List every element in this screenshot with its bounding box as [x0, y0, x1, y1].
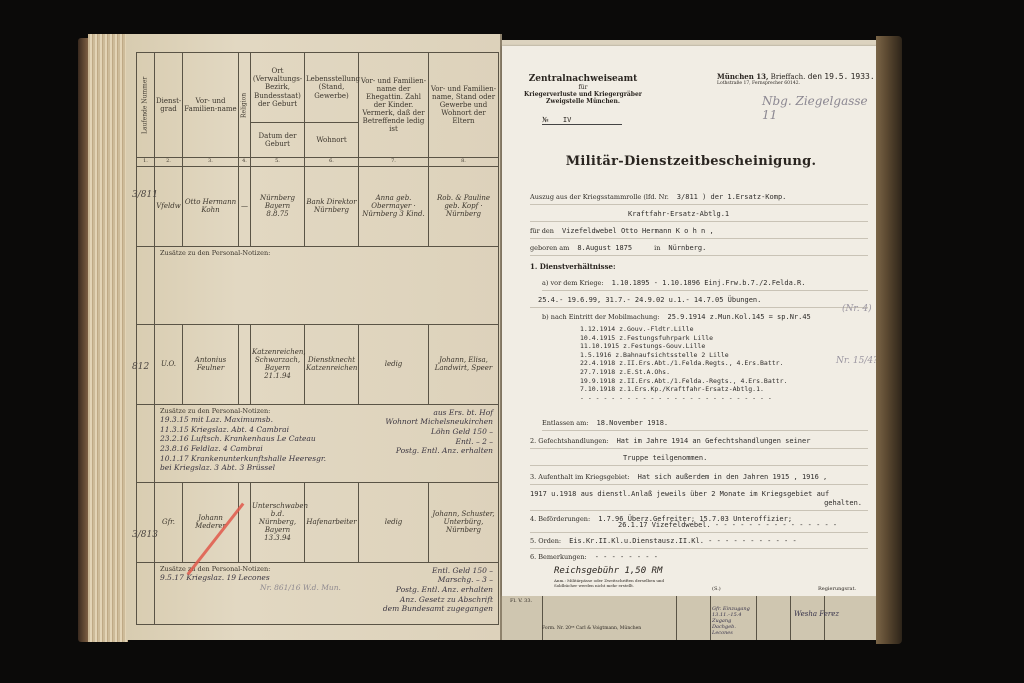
col-header-birthplace: Ort (Verwaltungs-Bezirk, Bundesstaat) de…	[251, 53, 305, 123]
handwritten-signature: Wesha Ferez	[794, 610, 839, 618]
issuing-office: Zentralnachweiseamt für Kriegerverluste …	[518, 74, 648, 105]
notes-label: Zusätze zu den Personal-Notizen:	[160, 250, 493, 257]
office-line: Kriegerverluste und Kriegergräber	[518, 91, 648, 98]
register-book: Laufende Nummer Dienst-grad Vor- und Fam…	[78, 34, 908, 648]
posting-line: 22.4.1918 z.II.Ers.Abt./1.Feldа.Regts., …	[580, 359, 787, 368]
entry-spouse: ledig	[359, 324, 429, 404]
entry-name: Antonius Feulner	[183, 324, 239, 404]
note-line: 23.2.16 Luftsch. Krankenhaus Le Cateau	[160, 435, 326, 444]
birth-date: 8.August 1875	[577, 244, 632, 252]
date-prefix: den	[808, 72, 822, 81]
certificate-title: Militär-Dienstzeitbescheinigung.	[502, 154, 880, 169]
note-line: Postg. Entl. Anz. erhalten	[385, 447, 493, 456]
book-cover-right	[876, 36, 902, 644]
field-value: Hat sich außerdem in den Jahren 1915 , 1…	[638, 473, 828, 481]
field-label: 2. Gefechtshandlungen:	[530, 437, 609, 445]
note-line: Marschg. – 3 –	[383, 576, 493, 585]
entry-rank: Gfr.	[155, 482, 183, 562]
notes-label: Zusätze zu den Personal-Notizen:	[160, 408, 326, 415]
number-label: №	[542, 116, 549, 124]
entry-birth-date: 8.8.75	[252, 210, 303, 218]
note-line: Entl. Geld 150 –	[383, 567, 493, 576]
entry-parents: Johann, Schuster, Unterbürg, Nürnberg	[429, 482, 499, 562]
field-value: Kraftfahr-Ersatz-Abtlg.1	[628, 210, 729, 218]
col-num: 3.	[183, 158, 239, 167]
seal-mark: (S.)	[712, 586, 721, 592]
entry-residence: Katzenreichen	[306, 364, 357, 372]
column-line	[756, 596, 757, 640]
field-label: für den	[530, 227, 554, 235]
entry-notes: Zusätze zu den Personal-Notizen: 19.3.15…	[155, 404, 499, 482]
field-value: 3/811 ) der 1.Ersatz-Komp.	[677, 193, 787, 201]
entry-parents: Johann, Elisa, Landwirt, Speer	[429, 324, 499, 404]
field-value: Eis.Kr.II.Kl.u.Dienstausz.II.Kl. - - - -…	[569, 537, 797, 545]
note-line: bei Kriegslaz. 3 Abt. 3 Brüssel	[160, 464, 326, 473]
field-label: in	[654, 244, 660, 252]
entry-religion: —	[239, 166, 251, 246]
entry-religion	[239, 482, 251, 562]
left-page-register: Laufende Nummer Dienst-grad Vor- und Fam…	[126, 34, 502, 640]
fee: Reichsgebühr 1,50 RM	[554, 566, 662, 576]
combat-row-2: Truppe teilgenommen.	[530, 451, 868, 466]
printer-imprint: Form. Nr. 20ᵃᵃ Carl & Voigtmann, München	[542, 626, 641, 631]
field-label: a) vor dem Kriege:	[542, 279, 604, 287]
entry-notes: Zusätze zu den Personal-Notizen:	[155, 246, 499, 324]
register-entry: Gfr. Johann Mederer Unterschwaben b.d. N…	[137, 482, 499, 562]
register-entry: Vfeldw Otto Hermann Kohn — Nürnberg Baye…	[137, 166, 499, 246]
note-line: Postg. Entl. Anz. erhalten	[383, 586, 493, 595]
place-date: München 13, Brieffach. den 19.5. 1933. L…	[717, 72, 875, 86]
before-war-row: a) vor dem Kriege:1.10.1895 - 1.10.1896 …	[542, 276, 868, 291]
war-zone-row: 3. Aufenthalt im Kriegsgebiet:Hat sich a…	[530, 470, 868, 485]
column-line	[824, 596, 825, 640]
note-line: 9.5.17 Kriegslaz. 19 Lecones	[160, 574, 341, 583]
field-value: Vizefeldwebel Otto Hermann K o h n ,	[562, 227, 714, 235]
field-label: 3. Aufenthalt im Kriegsgebiet:	[530, 473, 630, 481]
promotions-row-2: 26.1.17 Vizefeldwebel. - - - - - - - - -…	[530, 518, 868, 533]
field-label: 6. Bemerkungen:	[530, 553, 587, 561]
col-num: 1.	[137, 158, 155, 167]
column-line	[542, 596, 543, 640]
col-header-birthdate: Datum der Geburt	[251, 123, 305, 158]
note-line: Löhn Geld 150 –	[385, 428, 493, 437]
note-line: Wohnort Michelsneukirchen	[385, 418, 493, 427]
field-label: Entlassen am:	[542, 419, 589, 427]
column-line	[676, 596, 677, 640]
margin-number: 3/811	[132, 190, 158, 200]
field-label: 5. Orden:	[530, 537, 561, 545]
field-value: 25.4.- 19.6.99, 31.7.- 24.9.02 u.1.- 14.…	[538, 296, 761, 304]
entry-spouse: ledig	[359, 482, 429, 562]
col-num: 6.	[305, 158, 359, 167]
entry-religion	[239, 324, 251, 404]
register-entry: U.O. Antonius Feulner Katzenreichen, Sch…	[137, 324, 499, 404]
margin-number: 3/813	[132, 530, 158, 540]
office-name: Zentralnachweiseamt	[518, 74, 648, 84]
field-value: 26.1.17 Vizefeldwebel. - - - - - - - - -…	[618, 521, 837, 529]
col-header-parents: Vor- und Familien-name, Stand oder Gewer…	[429, 53, 499, 158]
posting-line: 10.4.1915 z.Festungsfuhrpark Lille	[580, 334, 787, 343]
posting-line: 7.10.1918 z.1.Ers.Kp./Kraftfahr-Ersatz-A…	[580, 385, 787, 394]
extract-row-2: Kraftfahr-Ersatz-Abtlg.1	[530, 207, 868, 222]
col-num: 2.	[155, 158, 183, 167]
posting-line: 1.5.1916 z.Bahnaufsichtsstelle 2 Lille	[580, 351, 787, 360]
city: München 13,	[717, 72, 768, 81]
war-zone-row-3: gehalten.	[530, 496, 868, 511]
note-line: Entl. – 2 –	[385, 438, 493, 447]
remarks-row: 6. Bemerkungen:- - - - - - - -	[530, 550, 868, 565]
posting-line: - - - - - - - - - - - - - - - - - - - - …	[580, 394, 787, 403]
entry-birth: Nürnberg Bayern8.8.75	[251, 166, 305, 246]
entry-birth-place: Katzenreichen, Schwarzach, Bayern	[252, 348, 303, 372]
register-table: Laufende Nummer Dienst-grad Vor- und Fam…	[136, 52, 498, 625]
fee-note: Anm.: Militärpässe oder Zweitschriften d…	[554, 578, 674, 588]
issue-year: 1933.	[851, 72, 875, 81]
entry-rank: U.O.	[155, 324, 183, 404]
entry-birth-date: 13.3.94	[252, 534, 303, 542]
note-line: 23.8.16 Feldlaz. 4 Cambrai	[160, 445, 326, 454]
service-certificate: Zentralnachweiseamt für Kriegerverluste …	[502, 46, 880, 596]
note-line: 10.1.17 Krankenunterkunftshalle Heeresgr…	[160, 455, 326, 464]
page-edges	[88, 34, 128, 642]
entry-occupation-text: Dienstknecht	[306, 356, 357, 364]
pencil-side-note: Nr. 15/4?	[836, 356, 878, 366]
entry-birth-place: Unterschwaben b.d. Nürnberg, Bayern	[252, 502, 303, 534]
entry-spouse: Anna geb. Obermayer · Nürnberg 3 Kind.	[359, 166, 429, 246]
office-line: für	[518, 84, 648, 91]
margin-number: 812	[132, 362, 149, 372]
col-header-name: Vor- und Familien-name	[183, 53, 239, 158]
combat-row: 2. Gefechtshandlungen:Hat im Jahre 1914 …	[530, 434, 868, 449]
posting-line: 11.10.1915 z.Festungs-Gouv.Lille	[580, 342, 787, 351]
entry-parents: Rob. & Pauline geb. Kopf · Nürnberg	[429, 166, 499, 246]
discharged-row: Entlassen am:18.November 1918.	[542, 416, 868, 431]
form-number: Fl. V. 33.	[510, 598, 532, 604]
posting-line: 27.7.1918 z.E.St.A.Ohs.	[580, 368, 787, 377]
field-label: geboren am	[530, 244, 569, 252]
col-header-spouse: Vor- und Familien-name der Ehegattin. Za…	[359, 53, 429, 158]
col-header-occupation: Lebensstellung (Stand, Gewerbe)	[305, 53, 359, 123]
office-address: Lothstraße 17, Fernsprecher 60142.	[717, 81, 875, 86]
entry-rank: Vfeldw	[155, 166, 183, 246]
col-header-rank: Dienst-grad	[155, 53, 183, 158]
column-line	[710, 596, 711, 640]
issue-date: 19.5.	[824, 72, 848, 81]
pencil-annotation: Nbg. Ziegelgasse 11	[762, 94, 880, 122]
field-value: - - - - - - - -	[595, 553, 658, 561]
entry-birth-date: 21.1.94	[252, 372, 303, 380]
field-value: Hat im Jahre 1914 an Gefechtshandlungen …	[617, 437, 811, 445]
pencil-side-note: (Nr. 4)	[842, 304, 872, 314]
field-value: 25.9.1914 z.Mun.Kol.145 = sp.Nr.45	[667, 313, 810, 321]
posting-line: 1.12.1914 z.Gouv.-Fldtr.Lille	[580, 325, 787, 334]
note-line: 11.3.15 Kriegslaz. Abt. 4 Cambrai	[160, 426, 326, 435]
entry-occupation: Hafenarbeiter	[305, 482, 359, 562]
col-header-number: Laufende Nummer	[137, 53, 155, 158]
extract-row: Auszug aus der Kriegsstammrolle (lfd. Nr…	[530, 190, 868, 205]
handwritten-note: Gfr. Einzugang 13.11.–15.4 Zugang Dachge…	[712, 606, 756, 636]
column-line	[790, 596, 791, 640]
col-num: 4.	[239, 158, 251, 167]
field-value: Truppe teilgenommen.	[623, 454, 707, 462]
col-num: 8.	[429, 158, 499, 167]
entry-notes: Zusätze zu den Personal-Notizen: 9.5.17 …	[155, 562, 499, 624]
posting-line: 19.9.1918 z.II.Ers.Abt./1.Felda.-Regts.,…	[580, 377, 787, 386]
note-line: aus Ers. bt. Hof	[385, 409, 493, 418]
for-row: für denVizefeldwebel Otto Hermann K o h …	[530, 224, 868, 239]
mobilization-row: b) nach Eintritt der Mobilmachung:25.9.1…	[542, 310, 868, 325]
note-line: 19.3.15 mit Laz. Maximumsb.	[160, 416, 326, 425]
decorations-row: 5. Orden:Eis.Kr.II.Kl.u.Dienstausz.II.Kl…	[530, 534, 868, 549]
col-num: 7.	[359, 158, 429, 167]
entry-occupation-text: Bank Direktor	[306, 198, 357, 206]
office-line: Zweigstelle München.	[518, 98, 648, 105]
postbox: Brieffach.	[771, 73, 806, 81]
entry-occupation: Bank DirektorNürnberg	[305, 166, 359, 246]
register-bottom-strip: Fl. V. 33. Form. Nr. 20ᵃᵃ Carl & Voigtma…	[502, 596, 880, 640]
field-label: b) nach Eintritt der Mobilmachung:	[542, 313, 659, 321]
before-war-row-2: 25.4.- 19.6.99, 31.7.- 24.9.02 u.1.- 14.…	[530, 293, 868, 308]
field-value: gehalten.	[824, 499, 862, 507]
field-label: Auszug aus der Kriegsstammrolle (lfd. Nr…	[530, 193, 669, 201]
field-value: 18.November 1918.	[597, 419, 669, 427]
entry-birth-place: Nürnberg Bayern	[252, 194, 303, 210]
entry-residence: Nürnberg	[306, 206, 357, 214]
signatory-title: Regierungsrat.	[818, 586, 856, 592]
pencil-note: Nr. 861/16 W.d. Mun.	[260, 584, 341, 593]
document-number: № IV	[542, 116, 622, 125]
note-line: Anz. Gesetz zu Abschrift	[383, 596, 493, 605]
col-header-residence: Wohnort	[305, 123, 359, 158]
col-num: 5.	[251, 158, 305, 167]
entry-birth: Katzenreichen, Schwarzach, Bayern21.1.94	[251, 324, 305, 404]
mobilization-lines: 1.12.1914 z.Gouv.-Fldtr.Lille 10.4.1915 …	[580, 325, 787, 402]
section1-heading: 1. Dienstverhältnisse:	[530, 260, 868, 275]
col-header-religion: Religion	[239, 53, 251, 158]
entry-birth: Unterschwaben b.d. Nürnberg, Bayern13.3.…	[251, 482, 305, 562]
born-row: geboren am8.August 1875inNürnberg.	[530, 241, 868, 256]
entry-occupation: DienstknechtKatzenreichen	[305, 324, 359, 404]
number-value: IV	[563, 116, 571, 124]
note-line: dem Bundesamt zugegangen	[383, 605, 493, 614]
birth-place: Nürnberg.	[668, 244, 706, 252]
field-value: 1.10.1895 - 1.10.1896 Einj.Frw.b.7./2.Fe…	[612, 279, 806, 287]
entry-name: Otto Hermann Kohn	[183, 166, 239, 246]
column-numbers-row: 1. 2. 3. 4. 5. 6. 7. 8.	[137, 158, 499, 167]
certificate-lower: 26.1.17 Vizefeldwebel. - - - - - - - - -…	[502, 524, 880, 596]
